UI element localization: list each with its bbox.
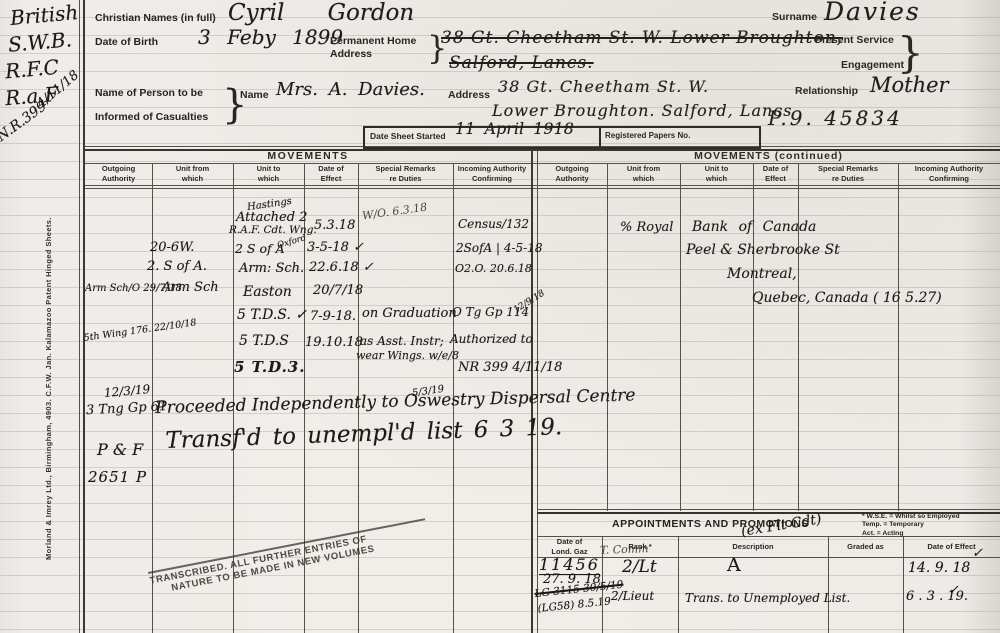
entry-outgoing: 12/3/19 bbox=[103, 382, 150, 400]
entry-incoming-note: 12/9/18 bbox=[512, 289, 547, 316]
col-special-remarks: Special Remarks re Duties bbox=[358, 164, 453, 184]
column-line bbox=[152, 163, 153, 633]
entry-remarks: Proceeded Independently to Oswestry Disp… bbox=[155, 385, 636, 418]
col-date-of-effect-app: Date of Effect bbox=[903, 538, 1000, 556]
present-service-label: Present Service bbox=[815, 34, 894, 46]
margin-rule-line bbox=[83, 0, 85, 633]
row-date-of-effect: 14. 9. 18 bbox=[908, 560, 970, 576]
entry-unit-from: Arm Sch bbox=[162, 280, 219, 295]
entry-address: Peel & Sherbrooke St bbox=[686, 242, 840, 258]
entry-unit-to: 5 T.D.S. ✓ bbox=[237, 307, 307, 323]
col-incoming-authority: Incoming Authority Confirming bbox=[453, 164, 531, 184]
date-of-birth-label: Date of Birth bbox=[95, 36, 158, 48]
address-value-2: Lower Broughton. Salford, Lancs bbox=[492, 101, 792, 120]
entry-remarks: on Graduation bbox=[362, 306, 457, 321]
entry-unit-to: Easton bbox=[243, 284, 292, 300]
margin-note-swb: S.W.B. bbox=[7, 27, 73, 56]
entry-incoming: O2.O. 20.6.18 bbox=[455, 262, 532, 275]
printer-imprint: Morland & Imrey Ltd., Birmingham, 4903. … bbox=[44, 148, 53, 560]
col-special-remarks-2: Special Remarks re Duties bbox=[798, 164, 898, 184]
permanent-home-value-2: Salford, Lancs. bbox=[449, 53, 594, 73]
entry-remarks: wear Wings. w/e/8 bbox=[356, 349, 459, 362]
permanent-home-value-1: 38 Gt. Cheetham St. W. Lower Broughton, bbox=[441, 28, 843, 48]
entry-remarks: Transf'd to unempl'd list 6 3 19. bbox=[165, 414, 563, 454]
col-outgoing-authority-2: Outgoing Authority bbox=[537, 164, 607, 184]
entry-address: Quebec, Canada ( 16 5.27) bbox=[752, 290, 942, 306]
row-description: A bbox=[727, 554, 741, 576]
date-of-birth-value: 3 Feby 1899 bbox=[198, 25, 343, 49]
date-sheet-started-value: 11 April 1918 bbox=[455, 119, 574, 138]
name-value: Mrs. A. Davies. bbox=[276, 79, 425, 100]
entry-date: 7-9-18. bbox=[310, 309, 356, 324]
row-check: ✓ bbox=[948, 583, 959, 598]
col-unit-from-2: Unit from which bbox=[607, 164, 680, 184]
entry-incoming: NR 399 4/11/18 bbox=[458, 360, 562, 375]
permanent-home-label-2: Address bbox=[330, 48, 372, 60]
name-label: Name bbox=[240, 89, 269, 101]
entry-incoming: Census/132 bbox=[458, 217, 529, 231]
entry-date: 20/7/18 bbox=[313, 283, 363, 298]
entry-address: Bank of Canada bbox=[692, 219, 816, 235]
col-unit-to: Unit to which bbox=[233, 164, 304, 184]
column-line bbox=[898, 163, 899, 511]
address-value-1: 38 Gt. Cheetham St. W. bbox=[498, 77, 709, 96]
column-line bbox=[798, 163, 799, 511]
address-label: Address bbox=[448, 89, 490, 101]
entry-unit-to: 5 T.D.3. bbox=[234, 358, 305, 376]
entry-incoming: Authorized to bbox=[450, 332, 533, 346]
registered-papers-label: Registered Papers No. bbox=[605, 131, 690, 140]
row-check: ✓ bbox=[972, 546, 983, 561]
entry-unit-to: 5 T.D.S bbox=[239, 333, 289, 349]
entry-remarks: as Asst. Instr; bbox=[360, 334, 444, 348]
col-description: Description bbox=[678, 538, 828, 556]
christian-names-label: Christian Names (in full) bbox=[95, 12, 216, 24]
entry-unit-to: Arm: Sch. bbox=[239, 261, 304, 276]
entry-unit-from: 2. S of A. bbox=[147, 259, 207, 274]
col-unit-to-2: Unit to which bbox=[680, 164, 753, 184]
registered-papers-value: P.9. 45834 bbox=[768, 106, 903, 130]
margin-rule-line bbox=[79, 0, 80, 633]
engagement-label: Engagement bbox=[841, 59, 904, 71]
col-outgoing-authority: Outgoing Authority bbox=[85, 164, 152, 184]
entry-unit-from: % Royal bbox=[620, 220, 673, 235]
column-line bbox=[680, 163, 681, 511]
column-line bbox=[753, 163, 754, 511]
entry-unit-to: Attached 2 bbox=[236, 210, 307, 225]
col-date-of-effect: Date of Effect bbox=[304, 164, 358, 184]
appointments-legend: * W.S.E. = Whilst so Employed Temp. = Te… bbox=[862, 513, 960, 538]
column-line bbox=[607, 163, 608, 511]
entry-date: 22.6.18 ✓ bbox=[309, 260, 374, 275]
entry-remarks: W/O. 6.3.18 bbox=[361, 201, 428, 223]
col-incoming-authority-2: Incoming Authority Confirming bbox=[898, 164, 1000, 184]
row-description: Trans. to Unemployed List. bbox=[685, 591, 850, 605]
christian-names-value: Cyril Gordon bbox=[228, 0, 414, 26]
margin-note-rfc: R.F.C bbox=[4, 55, 60, 84]
appointments-header-rule bbox=[537, 557, 1000, 558]
movements-continued-title: MOVEMENTS (continued) bbox=[537, 150, 1000, 163]
transcribed-stamp: TRANSCRIBED. ALL FURTHER ENTRIES OF NATU… bbox=[148, 518, 430, 597]
movements-title: MOVEMENTS bbox=[85, 150, 531, 163]
movements-header-bottom-rule bbox=[85, 188, 1000, 189]
service-record-sheet: British S.W.B. R.F.C R.a.F 4/11/18 N.R.3… bbox=[0, 0, 1000, 633]
col-rank: Rank * bbox=[602, 538, 678, 556]
entry-unit-from: 20-6W. bbox=[150, 240, 194, 255]
col-graded-as: Graded as bbox=[828, 538, 903, 556]
relationship-label: Relationship bbox=[795, 85, 858, 97]
margin-note-british: British bbox=[9, 0, 79, 30]
service-brace: } bbox=[897, 28, 924, 77]
permanent-home-label: Permanent Home bbox=[330, 35, 416, 47]
col-unit-from: Unit from which bbox=[152, 164, 233, 184]
row-rank: 2/Lt bbox=[622, 557, 657, 577]
entry-outgoing: P & F bbox=[97, 440, 143, 459]
surname-label: Surname bbox=[772, 11, 817, 23]
entry-incoming: 2SofA | 4-5-18 bbox=[456, 241, 543, 255]
casualties-label-1: Name of Person to be bbox=[95, 87, 203, 99]
casualties-label-2: Informed of Casualties bbox=[95, 111, 208, 123]
movements-header-bottom-rule bbox=[85, 185, 1000, 186]
stamp-line-1: TRANSCRIBED. ALL FURTHER ENTRIES OF bbox=[149, 522, 428, 587]
entry-date: 19.10.18 bbox=[305, 335, 363, 350]
entry-outgoing: 5th Wing 176. 22/10/18 bbox=[83, 317, 197, 344]
entry-date: 5.3.18 bbox=[314, 218, 355, 233]
entry-date: 3-5-18 ✓ bbox=[307, 240, 364, 255]
entry-address: Montreal, bbox=[727, 266, 797, 282]
date-sheet-started-label: Date Sheet Started bbox=[370, 131, 446, 141]
relationship-value: Mother bbox=[870, 73, 949, 97]
col-date-of-effect-2: Date of Effect bbox=[753, 164, 798, 184]
surname-value: Davies bbox=[824, 0, 921, 26]
appointments-top-rule bbox=[537, 509, 1000, 510]
entry-outgoing: 2651 P bbox=[88, 468, 147, 486]
col-date-lond-gaz: Date of Lond. Gaz bbox=[537, 538, 602, 556]
row-rank: 2/Lieut bbox=[611, 589, 654, 603]
